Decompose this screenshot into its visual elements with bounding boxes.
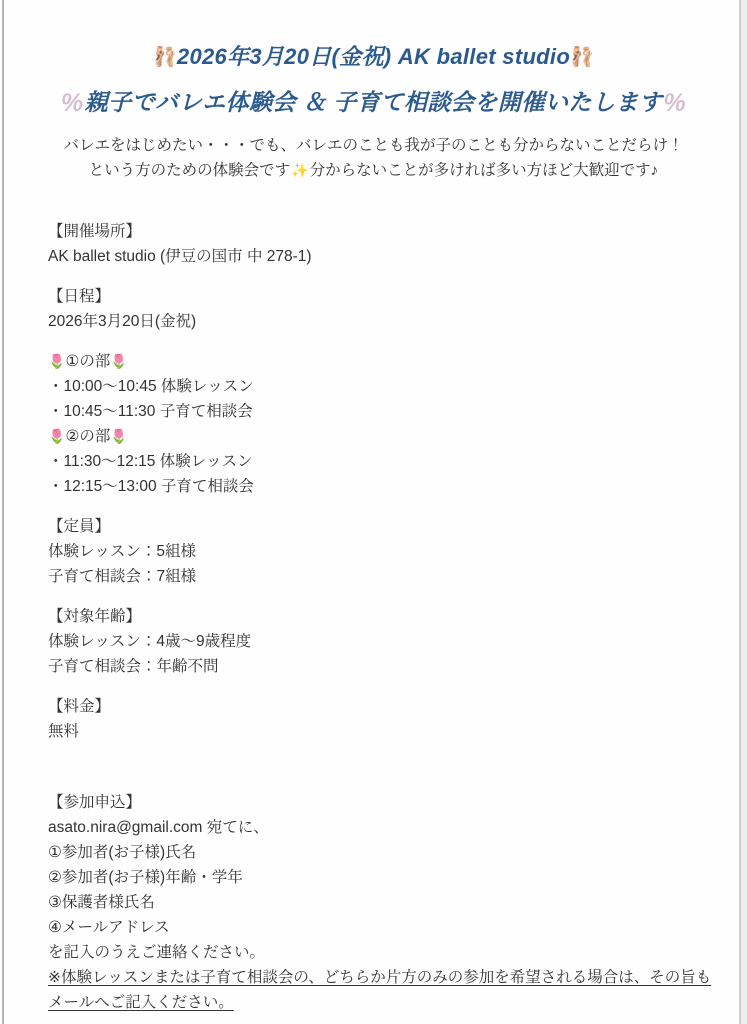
event-title-text: 2026年3月20日(金祝) AK ballet studio — [177, 44, 570, 69]
percent-decoration-icon: % — [662, 89, 687, 117]
section-line: ①参加者(お子様)氏名 — [48, 840, 737, 865]
tulip-icon: 🌷 — [110, 353, 127, 369]
section-line: ・10:45〜11:30 子育て相談会 — [48, 399, 737, 424]
section-line: ③保護者様氏名 — [48, 890, 737, 915]
sections-container: 【開催場所】AK ballet studio (伊豆の国市 中 278-1)【日… — [0, 219, 747, 1015]
sparkles-icon: ✨ — [290, 162, 309, 178]
section-line: AK ballet studio (伊豆の国市 中 278-1) — [48, 244, 737, 269]
section-heading: 【対象年齢】 — [48, 604, 737, 629]
document-section: 【参加申込】asato.nira@gmail.com 宛てに、①参加者(お子様)… — [48, 790, 737, 1015]
tulip-icon: 🌷 — [48, 428, 65, 444]
intro-line-2: という方のための体験会です✨分からないことが多ければ多い方ほど大歓迎です♪ — [0, 158, 747, 183]
section-heading: 【開催場所】 — [48, 219, 737, 244]
event-subtitle-text: 親子でバレエ体験会 ＆ 子育て相談会を開催いたします — [85, 89, 663, 115]
flyer-header: 🩰2026年3月20日(金祝) AK ballet studio🩰 %親子でバレ… — [0, 0, 747, 183]
event-subtitle: %親子でバレエ体験会 ＆ 子育て相談会を開催いたします% — [0, 86, 747, 119]
section-line: 2026年3月20日(金祝) — [48, 309, 737, 334]
ballet-shoes-icon: 🩰 — [153, 47, 177, 68]
document-section: 🌷①の部🌷・10:00〜10:45 体験レッスン・10:45〜11:30 子育て… — [48, 349, 737, 499]
section-line: 子育て相談会：7組様 — [48, 564, 737, 589]
section-line: ・11:30〜12:15 体験レッスン — [48, 449, 737, 474]
section-line: ④メールアドレス — [48, 915, 737, 940]
section-line: ・10:00〜10:45 体験レッスン — [48, 374, 737, 399]
section-line: 🌷①の部🌷 — [48, 349, 737, 374]
section-heading: 【参加申込】 — [48, 790, 737, 815]
document-section: 【定員】体験レッスン：5組様子育て相談会：7組様 — [48, 514, 737, 589]
document-section: 【開催場所】AK ballet studio (伊豆の国市 中 278-1) — [48, 219, 737, 269]
section-heading: 【料金】 — [48, 694, 737, 719]
section-line: 無料 — [48, 719, 737, 744]
ballet-shoes-icon: 🩰 — [570, 47, 594, 68]
part-label: ①の部 — [65, 353, 110, 370]
page-left-edge-line — [2, 0, 4, 1024]
note-line: メールへご記入ください。 — [48, 990, 737, 1015]
email-address-line: asato.nira@gmail.com 宛てに、 — [48, 815, 737, 840]
flyer-page: 🩰2026年3月20日(金祝) AK ballet studio🩰 %親子でバレ… — [0, 0, 747, 1024]
part-label: ②の部 — [65, 428, 110, 445]
page-right-edge-line — [739, 0, 747, 1024]
intro-line-1: バレエをはじめたい・・・でも、バレエのことも我が子のことも分からないことだらけ！ — [0, 133, 747, 158]
section-line: 体験レッスン：5組様 — [48, 539, 737, 564]
document-section: 【対象年齢】体験レッスン：4歳〜9歳程度子育て相談会：年齢不問 — [48, 604, 737, 679]
intro-line-2-after: 分からないことが多ければ多い方ほど大歓迎です♪ — [310, 162, 659, 179]
section-heading: 【定員】 — [48, 514, 737, 539]
note-line: ※体験レッスンまたは子育て相談会の、どちらか片方のみの参加を希望される場合は、そ… — [48, 965, 737, 990]
document-section: 【日程】2026年3月20日(金祝) — [48, 284, 737, 334]
document-section: 【料金】無料 — [48, 694, 737, 744]
section-heading: 【日程】 — [48, 284, 737, 309]
event-title: 🩰2026年3月20日(金祝) AK ballet studio🩰 — [0, 42, 747, 73]
section-line: 体験レッスン：4歳〜9歳程度 — [48, 629, 737, 654]
tulip-icon: 🌷 — [48, 353, 65, 369]
intro-line-2-before: という方のための体験会です — [89, 162, 291, 179]
section-line: ・12:15〜13:00 子育て相談会 — [48, 474, 737, 499]
section-line: を記入のうえご連絡ください。 — [48, 940, 737, 965]
section-line: 🌷②の部🌷 — [48, 424, 737, 449]
percent-decoration-icon: % — [60, 89, 85, 117]
tulip-icon: 🌷 — [110, 428, 127, 444]
section-line: ②参加者(お子様)年齢・学年 — [48, 865, 737, 890]
section-line: 子育て相談会：年齢不問 — [48, 654, 737, 679]
